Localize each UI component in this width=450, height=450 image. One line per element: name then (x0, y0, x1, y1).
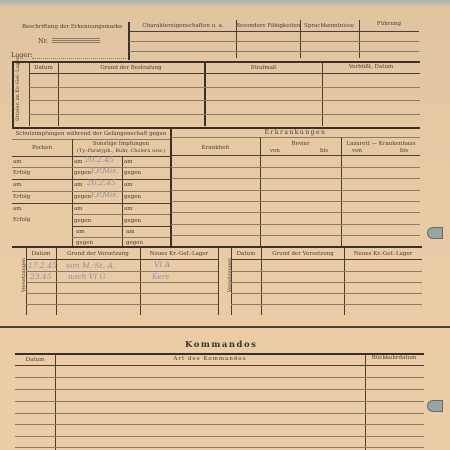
nr-label: Nr. (38, 37, 48, 45)
versetzung-2-grund: nach VI G (68, 272, 105, 281)
strafen-side-label: Strafen im Kr.-Gef.-Lager (15, 61, 21, 121)
header-line (129, 51, 419, 52)
pocken-erfolg-label: Erfolg (13, 194, 30, 200)
lazarett-von: von (352, 148, 362, 154)
versetzung-1-grund: von M.-St. A. (66, 261, 115, 270)
nr-line-1 (52, 38, 100, 39)
row-line (171, 190, 420, 191)
nr-line-2 (52, 40, 100, 41)
pocken-am-label: am (13, 159, 22, 165)
impf1-gegen-label: gegen (74, 194, 91, 200)
col-divider (218, 247, 219, 315)
versetzungen-left-col-datum: Datum (26, 251, 56, 257)
row-line (15, 401, 424, 402)
impf1-gegen-label: gegen (74, 170, 91, 176)
row-line (15, 424, 424, 425)
impf1-gegen-handwritten: T.P.Mis. (90, 190, 119, 199)
row-line (15, 413, 424, 414)
impf2-gegen-label: gegen (124, 170, 141, 176)
impfungen-title: Schutzimpfungen während der Gefangenscha… (12, 131, 170, 137)
impf2-am-label: am (124, 206, 133, 212)
row-line (72, 214, 170, 215)
versetzungen-right-col-lager: Neues Kr.-Gef.-Lager (344, 251, 422, 257)
revier-bis: bis (320, 148, 328, 154)
impf1-am-label: am (74, 159, 83, 165)
impf2-gegen-label: gegen (124, 218, 141, 224)
lazarett-bis: bis (400, 148, 408, 154)
impfungen-col-sonstige: Sonstige Impfungen (72, 141, 170, 147)
col-charakter: Charaktereigenschaften u. a. (130, 23, 236, 29)
impf2-am-label: am (126, 229, 135, 235)
col-sprachkenntnisse: Sprachkenntnisse (300, 23, 358, 29)
header-rule (15, 365, 424, 366)
fold-line (0, 326, 450, 328)
row-line (231, 271, 422, 272)
header-rule (129, 31, 419, 32)
versetzung-2-datum: 23.45 (30, 272, 51, 281)
col-fuehrung: Führung (359, 21, 419, 27)
scan-edge-shadow (0, 0, 450, 6)
row-line (26, 293, 218, 294)
row-line (171, 167, 420, 168)
header-rule (231, 259, 422, 260)
row-line (171, 201, 420, 202)
revier-von: von (270, 148, 280, 154)
row-line (171, 224, 420, 225)
versetzung-2-lager: Kers (152, 272, 169, 281)
impf1-gegen-label: gegen (74, 218, 91, 224)
versetzungen-right-col-datum: Datum (231, 251, 261, 257)
row-line (12, 139, 170, 140)
row-line (29, 114, 420, 115)
impf1-am-label: am (74, 206, 83, 212)
row-rule (72, 226, 170, 227)
col-divider (204, 62, 206, 126)
row-line (171, 137, 420, 138)
impfungen-col-sonstige-sub: (Ty.-Paratyph., Ruhr, Cholera usw.) (72, 148, 170, 154)
pocken-erfolg-label: Erfolg (13, 217, 30, 223)
section-rule (12, 61, 420, 63)
col-divider (341, 137, 342, 246)
row-line (171, 235, 420, 236)
section-rule (15, 353, 424, 355)
row-line (171, 212, 420, 213)
row-line (15, 436, 424, 437)
versetzung-1-datum: 17.2.45 (28, 261, 57, 270)
punch-hole-icon (427, 227, 443, 239)
impf1-am-label: am (76, 229, 85, 235)
row-rule (12, 203, 170, 204)
kommandos-col-art: Art des Kommandos (55, 356, 365, 362)
strafen-col-datum: Datum (29, 65, 58, 71)
header-rule (171, 155, 420, 156)
col-divider (322, 62, 323, 126)
row-line (15, 447, 424, 448)
versetzungen-left-col-lager: Neues Kr.-Gef.-Lager (140, 251, 218, 257)
versetzungen-left-col-grund: Grund der Versetzung (56, 251, 140, 257)
row-line (171, 178, 420, 179)
header-rule (29, 73, 420, 74)
section-rule (12, 246, 422, 248)
col-divider (260, 137, 261, 246)
erkrankungen-col-krankheit: Krankheit (171, 145, 260, 151)
impf2-gegen-label: gegen (124, 194, 141, 200)
col-faehigkeiten: Besondere Fähigkeiten (236, 23, 300, 29)
pocken-erfolg-label: Erfolg (13, 170, 30, 176)
strafen-col-verbuesst: Verbüßt, Datum (322, 64, 420, 70)
col-divider (122, 156, 123, 246)
header-rule (26, 259, 218, 260)
impf1-date-handwritten: 20.2.45 (85, 155, 114, 164)
strafen-col-strafmass: Strafmaß (205, 65, 322, 71)
punch-hole-icon (427, 400, 443, 412)
impf1-date-handwritten: 26.2.45 (87, 178, 116, 187)
kommandos-col-datum: Datum (15, 357, 55, 363)
impf2-am-label: am (124, 159, 133, 165)
impf1-gegen-handwritten: T.P.Mis. (90, 166, 119, 175)
col-divider (58, 62, 59, 126)
row-line (29, 100, 420, 101)
header-line (129, 41, 419, 42)
row-line (15, 377, 424, 378)
row-line (26, 282, 218, 283)
erkennungsmarke-label: Beschriftung der Erkennungsmarke (22, 24, 122, 30)
pow-record-card: Beschriftung der Erkennungsmarke Nr. Lag… (0, 0, 450, 450)
row-line (26, 304, 218, 305)
impfungen-col-pocken: Pocken (12, 145, 72, 151)
strafen-col-grund: Grund der Bestrafung (58, 65, 204, 71)
impf1-am-label: am (74, 182, 83, 188)
erkrankungen-col-revier: Revier (260, 141, 341, 147)
versetzungen-right-col-grund: Grund der Versetzung (261, 251, 345, 257)
erkrankungen-title: Erkrankungen (171, 129, 420, 136)
row-line (231, 282, 422, 283)
strafen-left-border (12, 61, 14, 127)
row-line (15, 389, 424, 390)
erkrankungen-col-lazarett: Lazarett — Krankenhaus (341, 141, 421, 147)
lager-field[interactable] (32, 58, 126, 59)
nr-line-3 (52, 42, 100, 43)
col-divider (29, 62, 30, 126)
row-line (29, 87, 420, 88)
row-line (231, 293, 422, 294)
kommandos-title: Kommandos (185, 340, 257, 350)
pocken-am-label: am (13, 206, 22, 212)
row-line (231, 304, 422, 305)
kommandos-col-rueckkehr: Rückkehrdatum (365, 355, 423, 361)
row-line (72, 237, 170, 238)
impf2-am-label: am (124, 182, 133, 188)
row-line (26, 271, 218, 272)
versetzung-1-lager: VI A (154, 260, 170, 269)
pocken-am-label: am (13, 182, 22, 188)
